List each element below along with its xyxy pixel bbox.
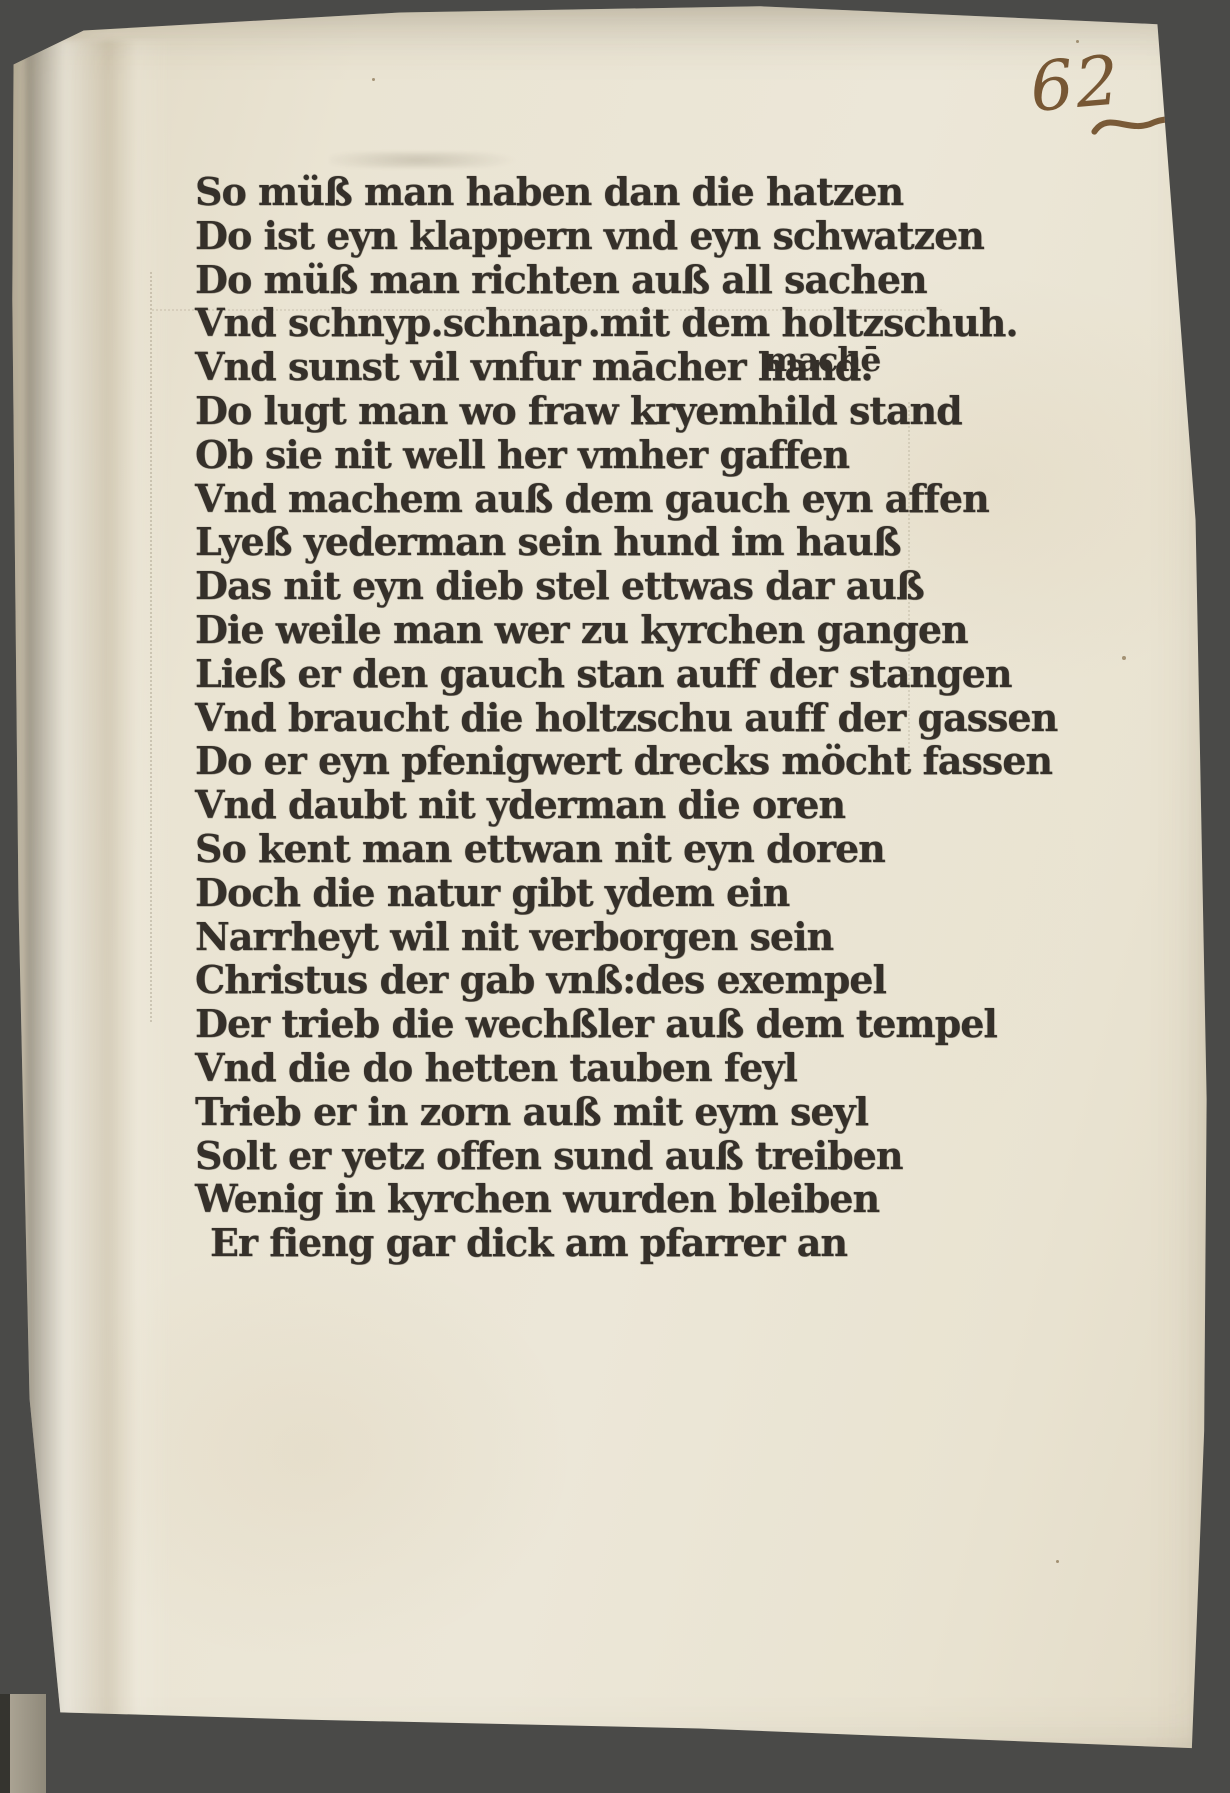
poem-line: Wenig in kyrchen wurden bleiben: [195, 1177, 995, 1221]
pen-flourish-tail: [1088, 97, 1191, 148]
poem-text-block: So müß man haben dan die hatzenDo ist ey…: [195, 170, 995, 1265]
underlying-page-edge: [0, 1694, 46, 1793]
paper-speck: [1122, 656, 1126, 660]
poem-line: Die weile man wer zu kyrchen gangen: [195, 608, 995, 652]
poem-line: Do müß man richten auß all sachen: [195, 258, 995, 302]
poem-line: Do lugt man wo fraw kryemhild stand: [195, 389, 995, 433]
folio-digits: 62: [1028, 41, 1193, 123]
poem-line: Das nit eyn dieb stel ettwas dar auß: [195, 564, 995, 608]
poem-line: Do ist eyn klappern vnd eyn schwatzen: [195, 214, 995, 258]
poem-line: Vnd daubt nit yderman die oren: [195, 783, 995, 827]
gutter-fold-shading: [26, 40, 176, 1720]
poem-line: Vnd machem auß dem gauch eyn affen: [195, 477, 995, 521]
book-page: So müß man haben dan die hatzenDo ist ey…: [0, 0, 1230, 1793]
poem-line: Solt er yetz offen sund auß treiben: [195, 1134, 995, 1178]
poem-line: Vnd schnyp.schnap.mit dem holtzschuh.: [195, 301, 995, 345]
poem-line: So müß man haben dan die hatzen: [195, 170, 995, 214]
poem-line: Der trieb die wechßler auß dem tempel: [195, 1002, 995, 1046]
poem-line: Narrheyt wil nit verborgen sein: [195, 915, 995, 959]
paper-speck: [1056, 1560, 1059, 1563]
poem-line: Ob sie nit well her vmher gaffen: [195, 433, 995, 477]
poem-line: Lyeß yederman sein hund im hauß: [195, 520, 995, 564]
poem-line: Vnd braucht die holtzschu auff der gasse…: [195, 696, 995, 740]
poem-line: Trieb er in zorn auß mit eym seyl: [195, 1090, 995, 1134]
poem-line: Christus der gab vnß:des exempel: [195, 958, 995, 1002]
poem-line: Ließ er den gauch stan auff der stangen: [195, 652, 995, 696]
poem-line: Doch die natur gibt ydem ein: [195, 871, 995, 915]
ink-ghost-smear: [330, 152, 550, 168]
poem-line: Er fieng gar dick am pfarrer an: [195, 1221, 995, 1265]
paper-speck: [1076, 40, 1079, 43]
poem-line: So kent man ettwan nit eyn doren: [195, 827, 995, 871]
poem-line: Vnd die do hetten tauben feyl: [195, 1046, 995, 1090]
poem-line: Do er eyn pfenigwert drecks möcht fassen: [195, 739, 995, 783]
handwritten-page-number: 62: [1028, 41, 1197, 165]
marginal-note: machē: [764, 340, 880, 379]
blind-impression-line: [150, 272, 152, 1022]
paper-speck: [372, 78, 375, 81]
